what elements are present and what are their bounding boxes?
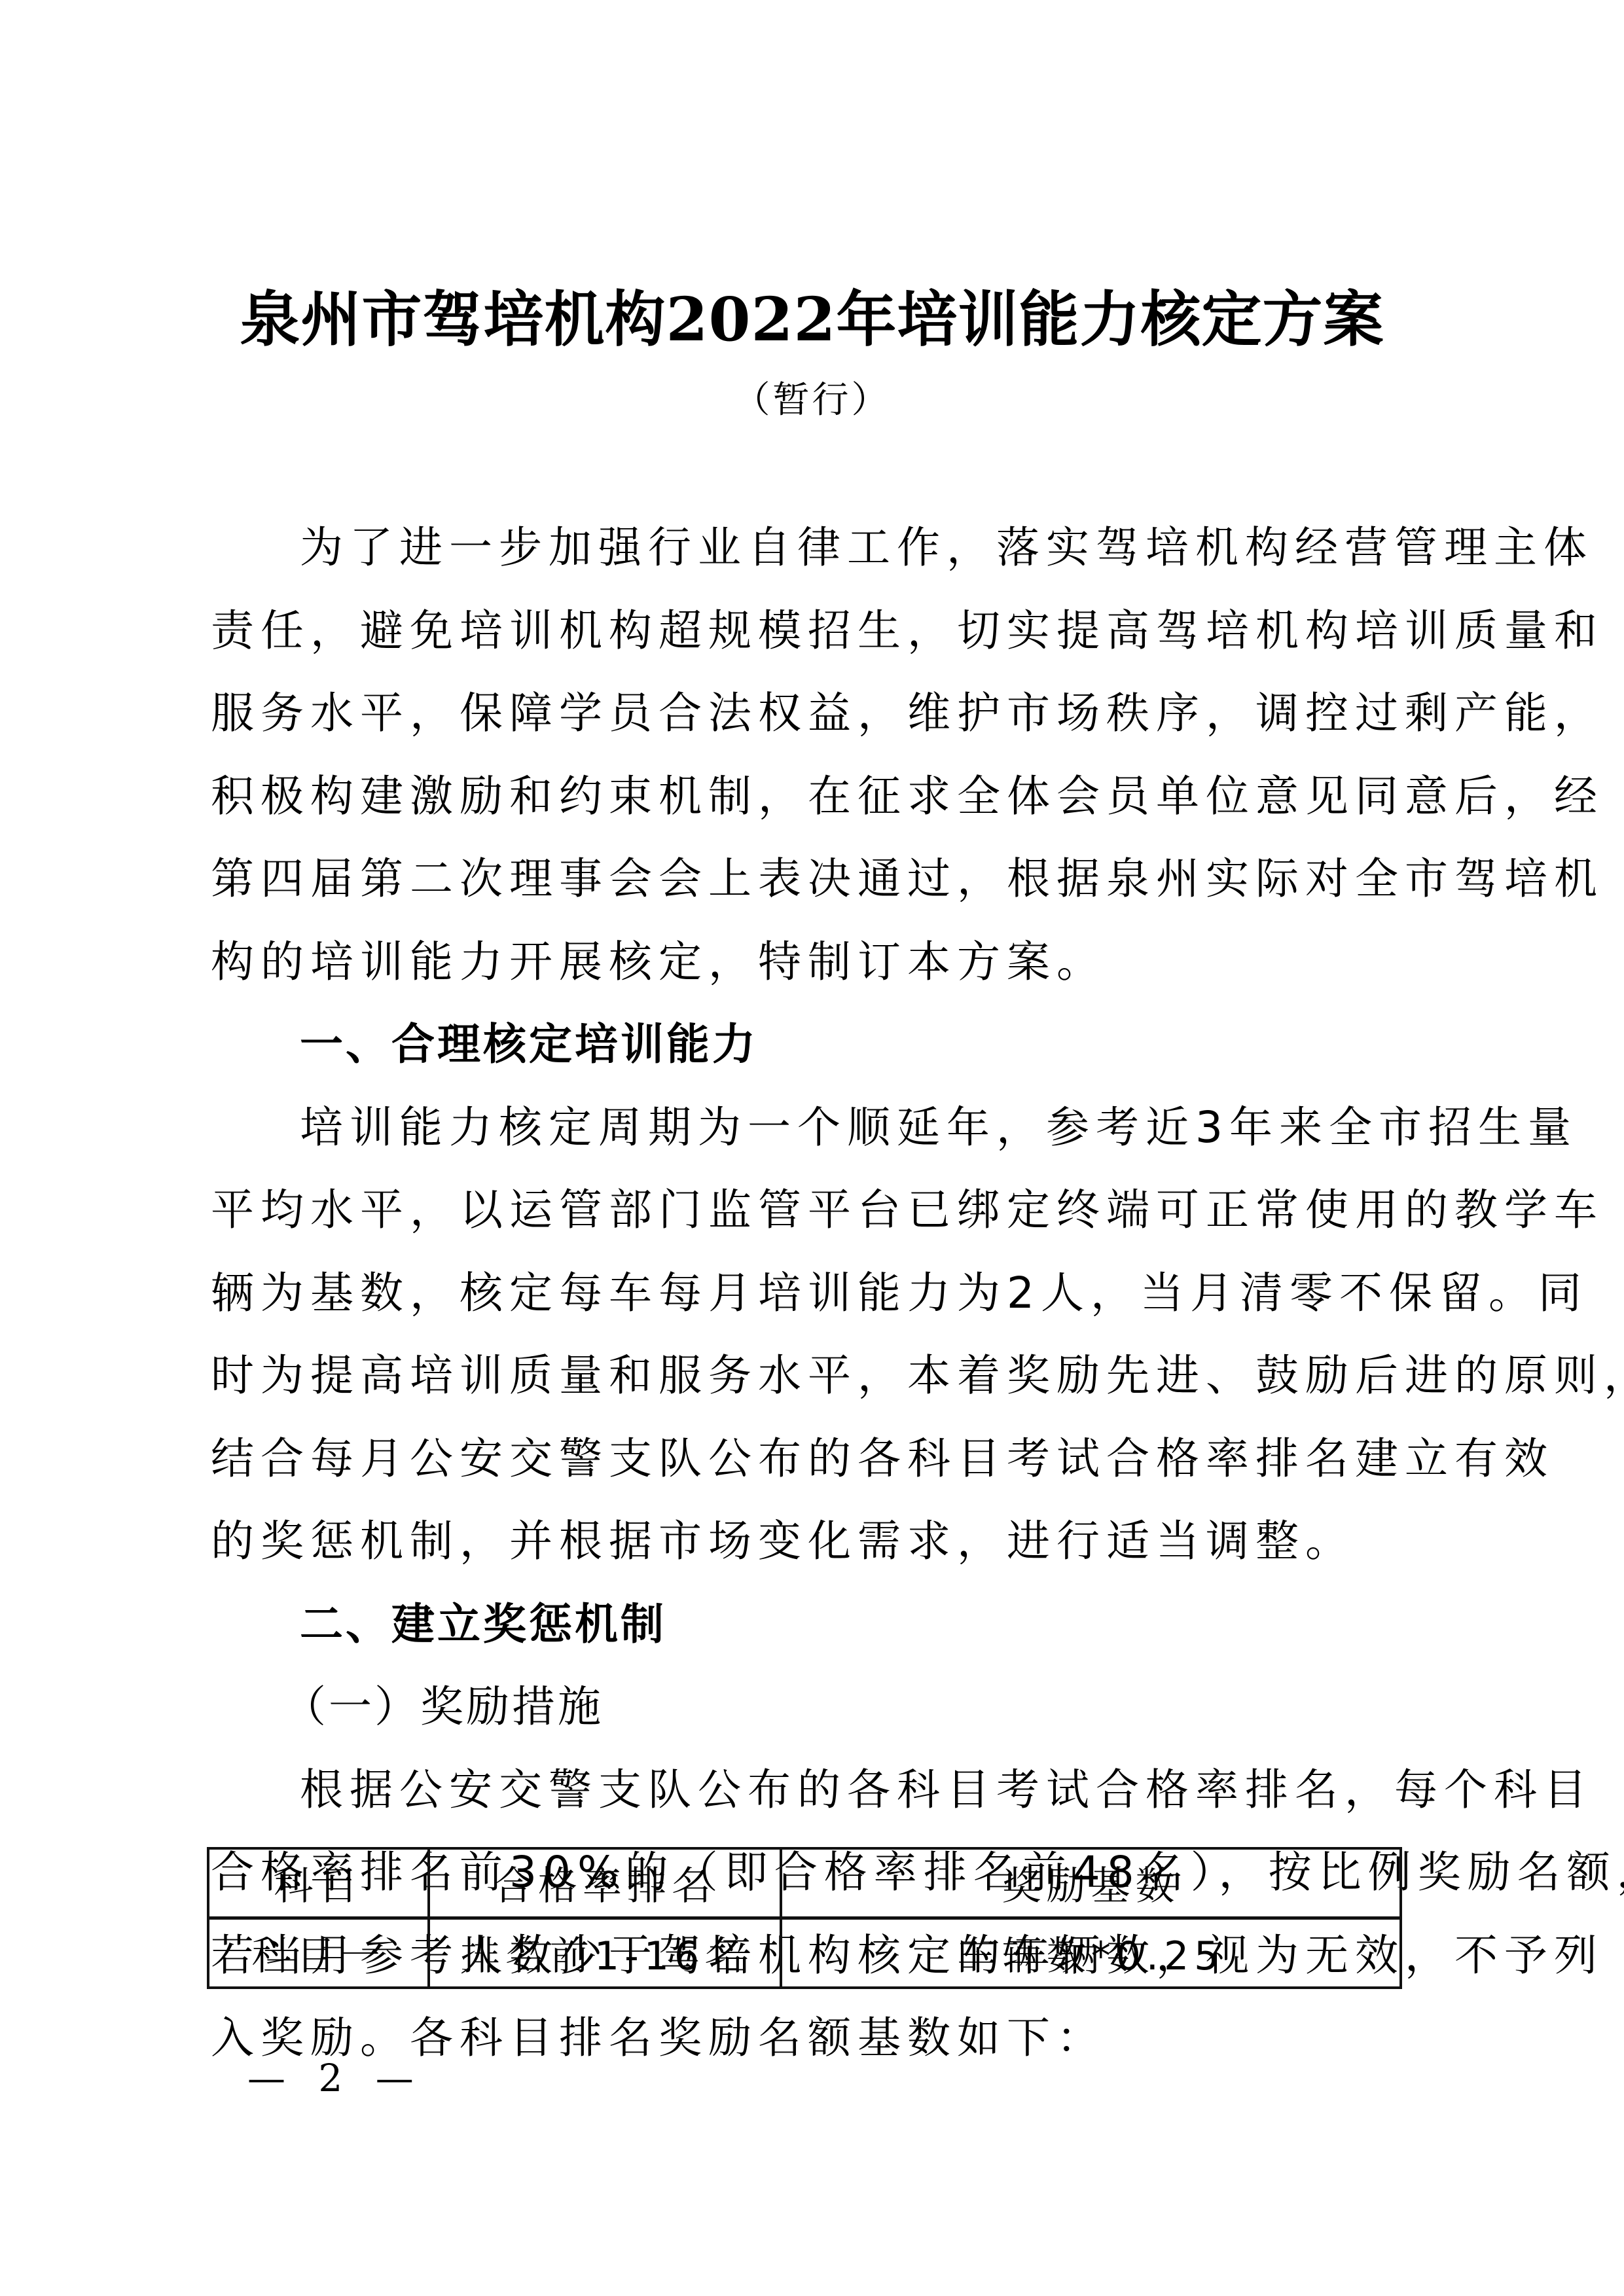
header-subject: 科目 bbox=[208, 1848, 429, 1918]
document-subtitle: （暂行） bbox=[0, 374, 1624, 427]
paragraph-line: 构的培训能力开展核定，特制订本方案。 bbox=[211, 921, 1415, 1004]
paragraph-line: 第四届第二次理事会会上表决通过，根据泉州实际对全市驾培机 bbox=[211, 838, 1415, 921]
document-title: 泉州市驾培机构2022年培训能力核定方案 bbox=[0, 280, 1624, 359]
cell-reward-base: 车辆数*0.25 bbox=[781, 1918, 1401, 1988]
table-row: 科目一 排名前1-16名 车辆数*0.25 bbox=[208, 1918, 1401, 1988]
paragraph-line: 辆为基数，核定每车每月培训能力为2人，当月清零不保留。同 bbox=[211, 1252, 1415, 1335]
cell-subject: 科目一 bbox=[208, 1918, 429, 1988]
paragraph-line: 平均水平，以运管部门监管平台已绑定终端可正常使用的教学车 bbox=[211, 1169, 1415, 1252]
document-body: 为了进一步加强行业自律工作，落实驾培机构经营管理主体 责任，避免培训机构超规模招… bbox=[211, 507, 1415, 2080]
paragraph-line: 时为提高培训质量和服务水平，本着奖励先进、鼓励后进的原则， bbox=[211, 1335, 1415, 1418]
paragraph-line: 培训能力核定周期为一个顺延年，参考近3年来全市招生量 bbox=[211, 1086, 1415, 1170]
paragraph-line: 为了进一步加强行业自律工作，落实驾培机构经营管理主体 bbox=[211, 507, 1415, 590]
subsection-heading-reward: （一）奖励措施 bbox=[211, 1666, 1415, 1749]
section-heading-1: 一、合理核定培训能力 bbox=[211, 1003, 1415, 1086]
cell-rank: 排名前1-16名 bbox=[429, 1918, 781, 1988]
paragraph-line: 的奖惩机制，并根据市场变化需求，进行适当调整。 bbox=[211, 1500, 1415, 1583]
table-header-row: 科目 合格率排名 奖励基数 bbox=[208, 1848, 1401, 1918]
paragraph-line: 服务水平，保障学员合法权益，维护市场秩序，调控过剩产能， bbox=[211, 672, 1415, 755]
reward-table: 科目 合格率排名 奖励基数 科目一 排名前1-16名 车辆数*0.25 bbox=[207, 1847, 1402, 1989]
header-pass-rate-rank: 合格率排名 bbox=[429, 1848, 781, 1918]
page-number: — 2 — bbox=[247, 2049, 424, 2108]
paragraph-line: 结合每月公安交警支队公布的各科目考试合格率排名建立有效 bbox=[211, 1418, 1415, 1501]
paragraph-line: 责任，避免培训机构超规模招生，切实提高驾培机构培训质量和 bbox=[211, 590, 1415, 673]
paragraph-line: 根据公安交警支队公布的各科目考试合格率排名，每个科目 bbox=[211, 1749, 1415, 1832]
paragraph-line: 积极构建激励和约束机制，在征求全体会员单位意见同意后，经 bbox=[211, 755, 1415, 838]
section1-paragraph: 培训能力核定周期为一个顺延年，参考近3年来全市招生量 平均水平，以运管部门监管平… bbox=[211, 1086, 1415, 1583]
reward-table-container: 科目 合格率排名 奖励基数 科目一 排名前1-16名 车辆数*0.25 bbox=[207, 1847, 1402, 1989]
intro-paragraph: 为了进一步加强行业自律工作，落实驾培机构经营管理主体 责任，避免培训机构超规模招… bbox=[211, 507, 1415, 1003]
header-reward-base: 奖励基数 bbox=[781, 1848, 1401, 1918]
document-page: 泉州市驾培机构2022年培训能力核定方案 （暂行） 为了进一步加强行业自律工作，… bbox=[0, 0, 1624, 2296]
section-heading-2: 二、建立奖惩机制 bbox=[211, 1583, 1415, 1666]
